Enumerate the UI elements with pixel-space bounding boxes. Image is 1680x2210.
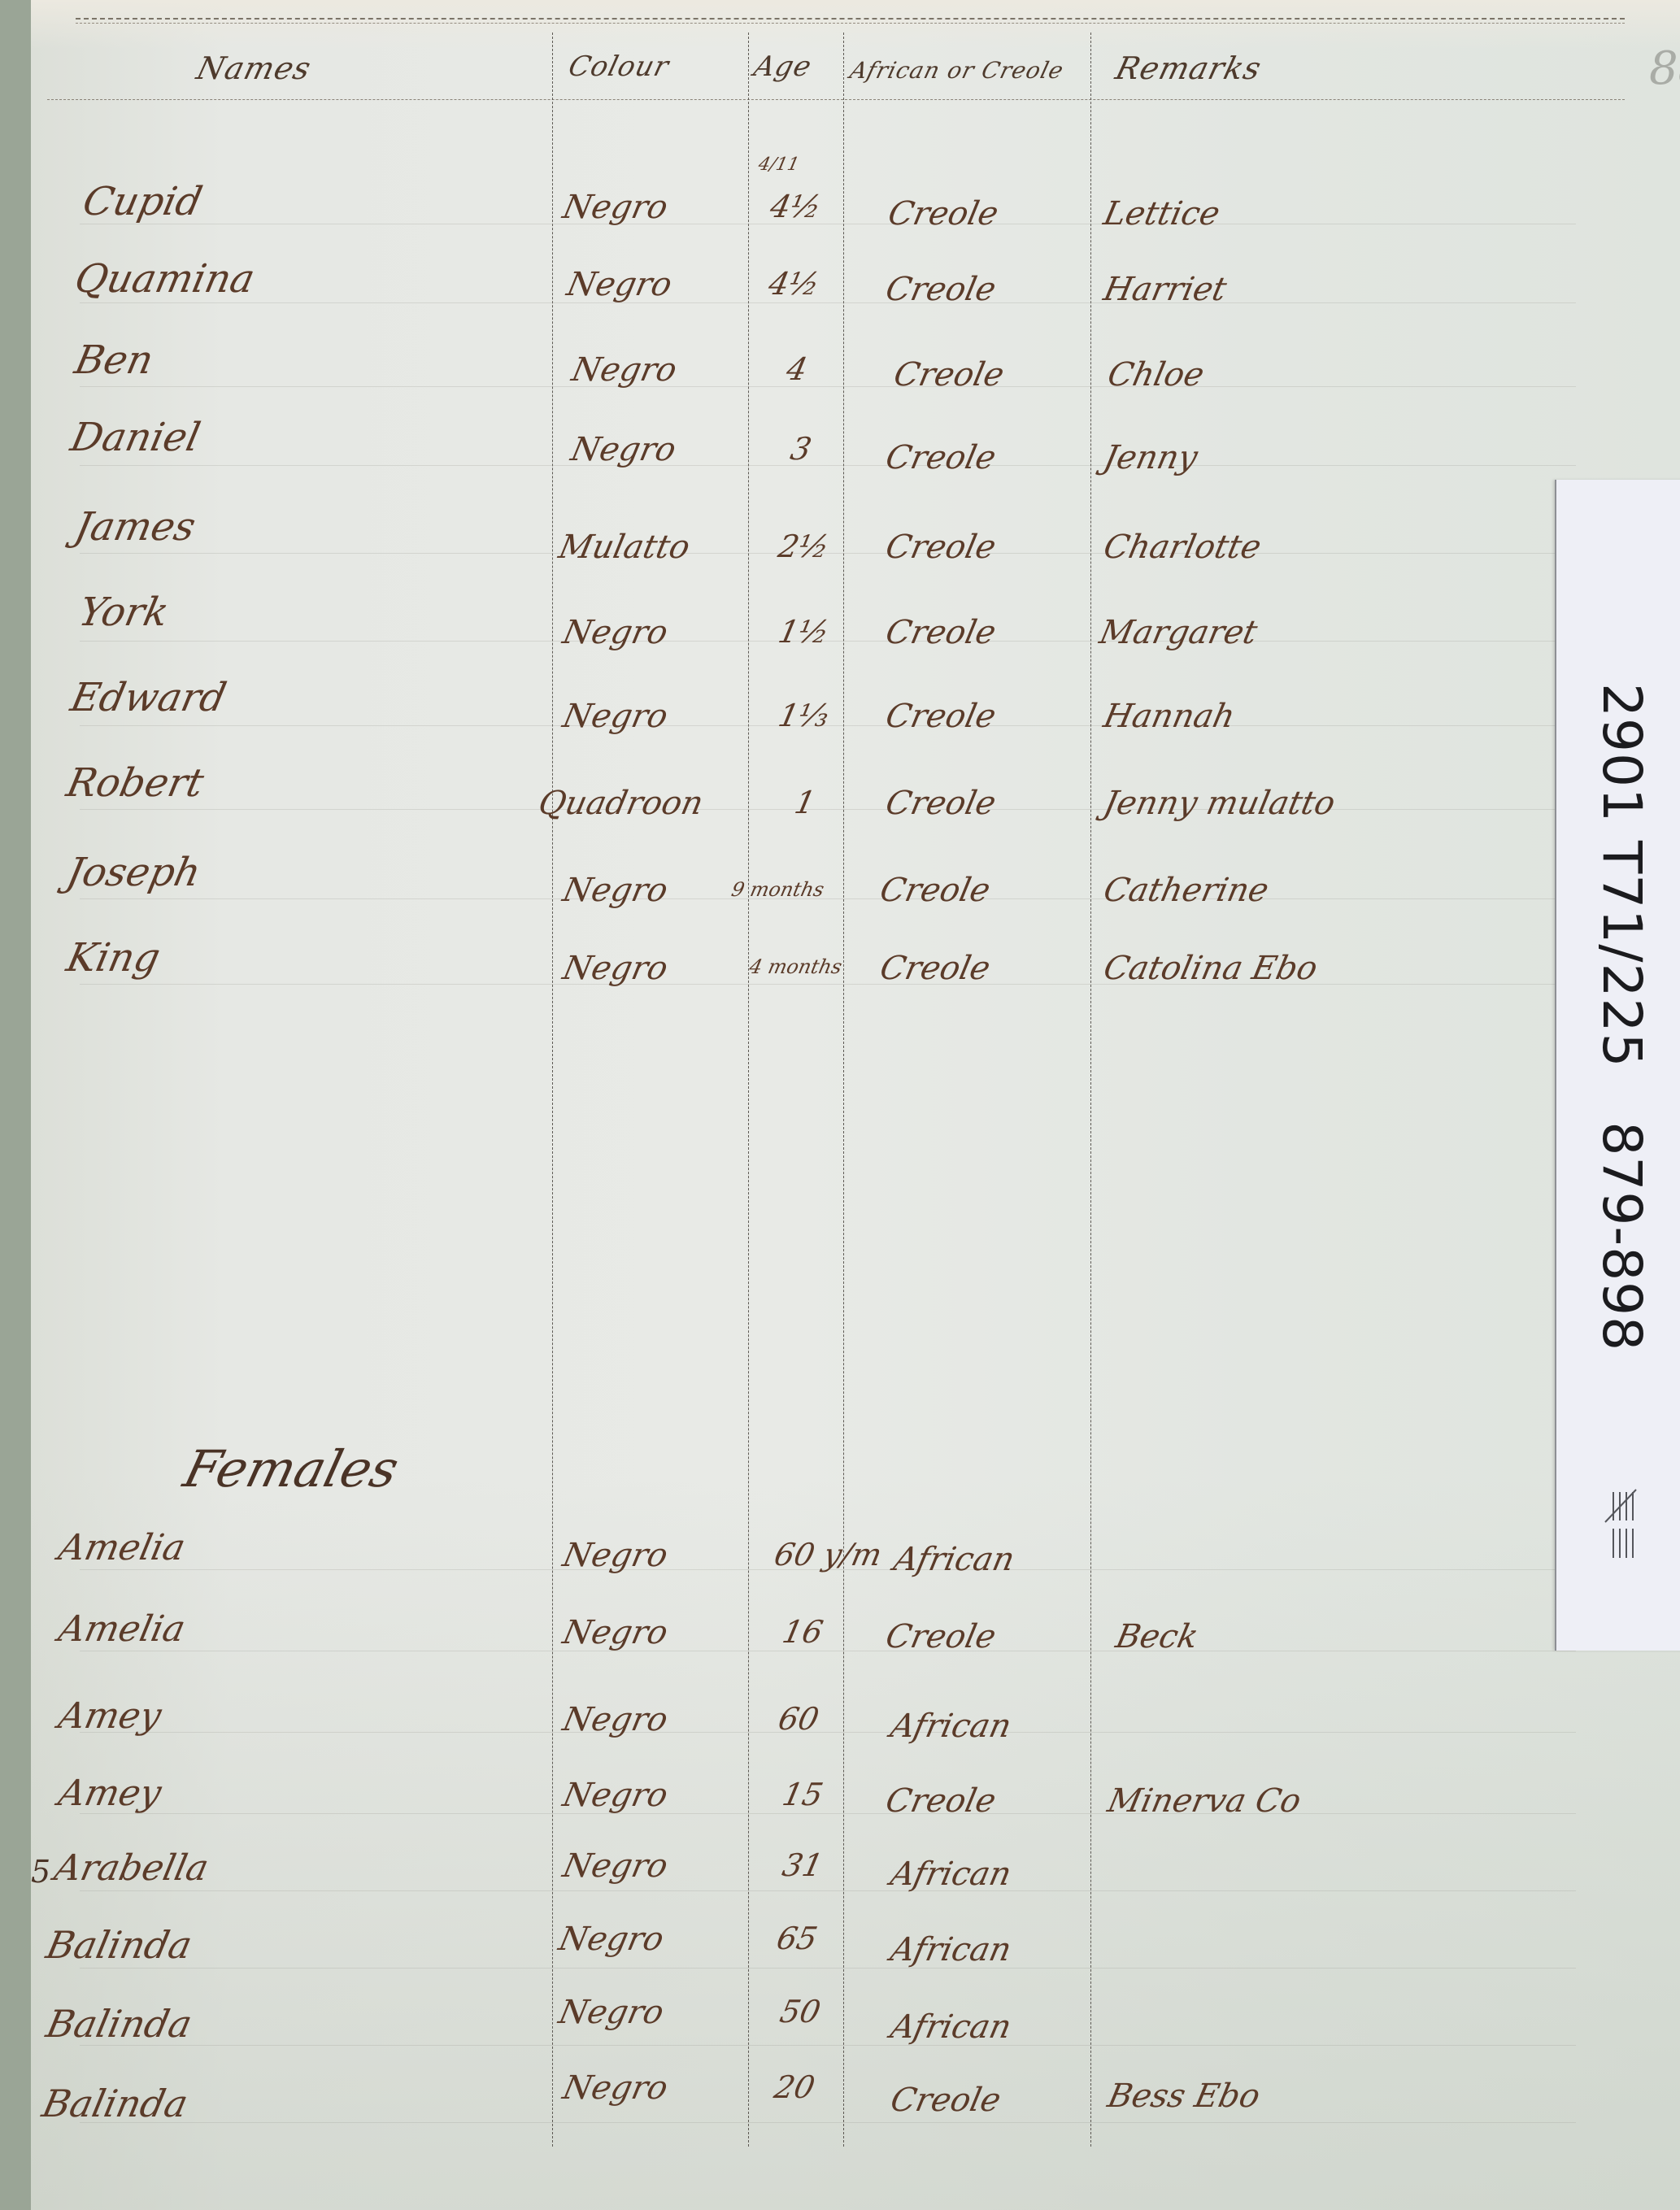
- remarks-cell: Lettice: [1100, 195, 1223, 233]
- header-african-creole: African or Creole: [847, 57, 1067, 84]
- header-rule: [47, 99, 1625, 100]
- column-divider-colour: [552, 33, 553, 2147]
- remarks-cell: Beck: [1112, 1618, 1201, 1655]
- name-cell: York: [75, 589, 172, 635]
- origin-cell: Creole: [882, 529, 999, 566]
- remarks-cell: Harriet: [1100, 271, 1230, 308]
- age-cell: 4½: [767, 189, 824, 224]
- ruled-line: [80, 1890, 1576, 1891]
- name-cell: Quamina: [71, 256, 259, 302]
- name-cell: Amelia: [55, 1608, 189, 1650]
- ruled-line: [80, 2045, 1576, 2046]
- ruled-line: [80, 302, 1576, 303]
- margin-mark: 5: [31, 1854, 50, 1890]
- colour-cell: Negro: [564, 266, 675, 303]
- archive-reference-text: 2901 T71/225 879-898: [1589, 683, 1654, 1351]
- age-cell: 1⅓: [775, 698, 832, 733]
- age-cell: 2½: [775, 529, 832, 564]
- colour-cell: Negro: [555, 1921, 667, 1958]
- column-divider-remarks: [1090, 33, 1091, 2147]
- register-page: Names Colour Age African or Creole Remar…: [31, 0, 1680, 2210]
- ruled-line: [80, 2122, 1576, 2123]
- archive-page-range: 879-898: [1591, 1121, 1653, 1351]
- name-cell: Amelia: [55, 1527, 189, 1568]
- origin-cell: Creole: [877, 872, 994, 909]
- age-cell: 3: [787, 431, 815, 467]
- remarks-cell: Hannah: [1100, 698, 1238, 735]
- origin-cell: Creole: [890, 356, 1008, 394]
- colour-cell: Negro: [559, 950, 671, 987]
- header-remarks: Remarks: [1112, 50, 1265, 86]
- colour-cell: Negro: [559, 1537, 671, 1574]
- age-cell: 60 y/m: [771, 1537, 885, 1573]
- colour-cell: Negro: [559, 1701, 671, 1738]
- ruled-line: [80, 641, 1576, 642]
- name-cell: Amey: [55, 1695, 165, 1737]
- colour-cell: Negro: [568, 351, 680, 389]
- origin-cell: African: [887, 1855, 1015, 1893]
- colour-cell: Mulatto: [555, 529, 693, 566]
- remarks-cell: Jenny: [1100, 439, 1201, 476]
- age-cell: 1½: [775, 614, 832, 650]
- top-rule: [76, 18, 1625, 24]
- origin-cell: Creole: [885, 195, 1002, 233]
- archive-reference-label: 2901 T71/225 879-898: [1555, 480, 1680, 1651]
- name-cell: King: [63, 935, 164, 981]
- ruled-line: [80, 898, 1576, 899]
- colour-cell: Negro: [559, 1847, 671, 1885]
- origin-cell: African: [887, 1708, 1015, 1745]
- remarks-cell: Catherine: [1100, 872, 1272, 909]
- colour-cell: Negro: [568, 431, 679, 468]
- age-cell: 1: [791, 785, 819, 820]
- origin-cell: Creole: [882, 1782, 999, 1820]
- name-cell: Arabella: [51, 1847, 212, 1889]
- name-cell: Joseph: [63, 850, 205, 895]
- archive-reference: 2901 T71/225: [1591, 683, 1653, 1068]
- remarks-cell: Margaret: [1096, 614, 1260, 651]
- origin-cell: Creole: [882, 698, 999, 735]
- name-cell: Cupid: [79, 179, 206, 224]
- origin-cell: Creole: [877, 950, 994, 987]
- age-cell: 31: [779, 1847, 826, 1883]
- column-divider-origin: [843, 33, 844, 2147]
- name-cell: Edward: [67, 675, 230, 720]
- header-colour: Colour: [565, 50, 672, 83]
- name-cell: Balinda: [38, 2082, 192, 2125]
- age-note: 4/11: [756, 154, 801, 175]
- age-cell: 4 months: [747, 955, 844, 978]
- origin-cell: African: [887, 2008, 1015, 2046]
- age-cell: 16: [779, 1614, 826, 1650]
- remarks-cell: Jenny mulatto: [1100, 785, 1338, 822]
- ruled-line: [80, 1968, 1576, 1969]
- colour-cell: Negro: [559, 614, 671, 651]
- colour-cell: Negro: [559, 2069, 671, 2107]
- header-names: Names: [194, 50, 316, 86]
- name-cell: James: [71, 504, 199, 550]
- remarks-cell: Catolina Ebo: [1100, 950, 1321, 987]
- origin-cell: Creole: [882, 785, 999, 822]
- remarks-cell: Chloe: [1104, 356, 1208, 394]
- origin-cell: Creole: [882, 271, 999, 308]
- name-cell: Balinda: [42, 2002, 196, 2046]
- colour-cell: Negro: [559, 698, 671, 735]
- age-cell: 20: [771, 2069, 818, 2105]
- age-cell: 60: [775, 1701, 822, 1737]
- origin-cell: Creole: [887, 2082, 1004, 2119]
- age-cell: 4: [783, 351, 811, 387]
- origin-cell: Creole: [882, 439, 999, 476]
- ruled-line: [80, 553, 1576, 554]
- age-cell: 50: [777, 1994, 824, 2029]
- origin-cell: Creole: [882, 1618, 999, 1655]
- page-number: 88: [1649, 42, 1680, 95]
- ruled-line: [80, 1651, 1576, 1651]
- colour-cell: Negro: [559, 1614, 671, 1651]
- age-cell: 9 months: [729, 878, 826, 901]
- remarks-cell: Bess Ebo: [1104, 2077, 1264, 2115]
- age-cell: 15: [779, 1777, 826, 1812]
- colour-cell: Negro: [555, 1994, 667, 2031]
- name-cell: Amey: [55, 1773, 165, 1814]
- colour-cell: Negro: [559, 872, 671, 909]
- name-cell: Robert: [63, 760, 207, 806]
- remarks-cell: Charlotte: [1100, 529, 1264, 566]
- page-shadow: [31, 1478, 1680, 2210]
- section-heading-females: Females: [178, 1439, 405, 1499]
- ruled-line: [80, 984, 1576, 985]
- ruled-line: [80, 1813, 1576, 1814]
- tally-marks-icon: [1604, 1488, 1660, 1561]
- remarks-cell: Minerva Co: [1104, 1782, 1304, 1820]
- origin-cell: African: [887, 1931, 1015, 1969]
- ruled-line: [80, 725, 1576, 726]
- ruled-line: [80, 224, 1576, 224]
- column-divider-age: [748, 33, 749, 2147]
- ruled-line: [80, 465, 1576, 466]
- ruled-line: [80, 809, 1576, 810]
- colour-cell: Quadroon: [535, 785, 707, 822]
- name-cell: Balinda: [42, 1923, 196, 1967]
- age-cell: 4½: [765, 266, 822, 302]
- origin-cell: African: [890, 1541, 1018, 1578]
- name-cell: Daniel: [67, 415, 204, 460]
- colour-cell: Negro: [559, 1777, 671, 1814]
- header-age: Age: [751, 50, 815, 83]
- ruled-line: [80, 386, 1576, 387]
- name-cell: Ben: [71, 337, 157, 383]
- ruled-line: [80, 1732, 1576, 1733]
- origin-cell: Creole: [882, 614, 999, 651]
- age-cell: 65: [773, 1921, 820, 1956]
- colour-cell: Negro: [559, 189, 671, 226]
